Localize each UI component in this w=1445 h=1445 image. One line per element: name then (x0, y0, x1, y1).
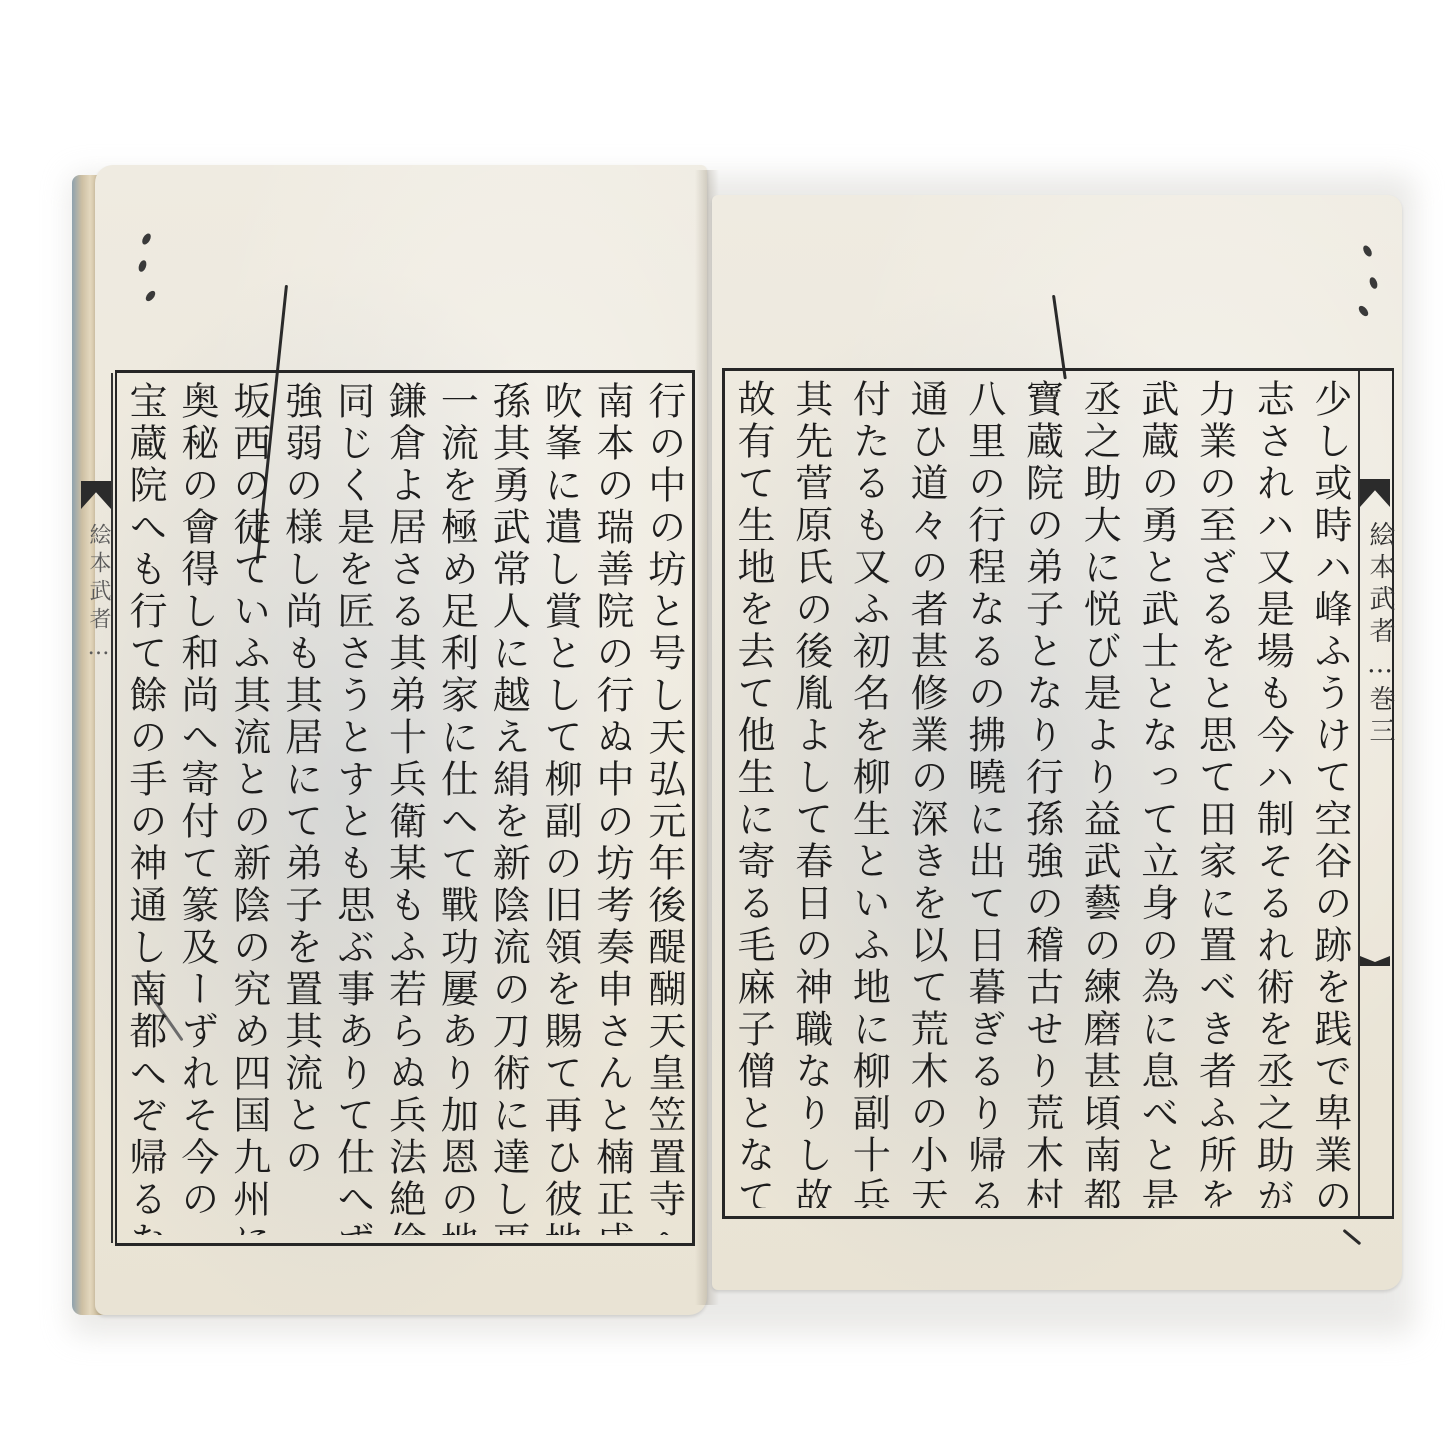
paper-crack (1343, 1229, 1362, 1245)
text-column: 力業の至ざるをと思て田家に置べき者ふ所をぶ今日より好ましの (1193, 379, 1237, 1208)
right-margin-title-strip: 絵本武者…巻三 (1358, 371, 1392, 1216)
right-text-columns: 少し或時ハ峰ふうけて空谷の跡を践で卑業の修練の学ぶる 志されハ又是場も今ハ制そる… (731, 379, 1352, 1208)
fish-tail-mark-icon (81, 481, 111, 509)
text-column: 孫其勇武常人に越え絹を新陰流の刀術に達し更に柳副の (486, 381, 530, 1235)
left-margin-title-strip: 絵本武者… (81, 373, 113, 1243)
text-column: 奥秘の會得し和尚へ寄付て篆及ーずれそ今の (175, 381, 219, 1235)
text-column: 少し或時ハ峰ふうけて空谷の跡を践で卑業の修練の学ぶる (1308, 379, 1352, 1208)
text-column: 行の中の坊と号し天弘元年後醍醐天皇笠置寺へ潜幸ほく (642, 381, 686, 1235)
wormhole-mark (1368, 276, 1379, 290)
text-column: 寶蔵院の弟子となり行孫強の稽古せり荒木村にまで良まで八 (1019, 379, 1063, 1208)
wormhole-mark (1357, 304, 1370, 318)
text-column: 志されハ又是場も今ハ制そるれ術を丞之助が呼ひ出家業を嫌ひ (1250, 379, 1294, 1208)
text-column: 丞之助大に悦び是より益武藝の練磨甚頃南都よるれる処 (1077, 379, 1121, 1208)
text-column: 宝蔵院へも行て餘の手の神通し南都へぞ帰るなれ (123, 381, 167, 1235)
text-column: 通ひ道々の者甚修業の深きを以て荒木の小天狗と渾名の (904, 379, 948, 1208)
text-column: 武蔵の勇と武士となって立身の為に息べと是を道これべ (1135, 379, 1179, 1208)
text-column: 一流を極め足利家に仕へて戰功屢あり加恩の地を賜る (434, 381, 478, 1235)
text-column: 南本の瑞善院の行ぬ中の坊考奏申さんと楠正成を (590, 381, 634, 1235)
right-margin-title: 絵本武者…巻三 (1362, 521, 1399, 749)
left-text-frame: 絵本武者… 行の中の坊と号し天弘元年後醍醐天皇笠置寺へ潜幸ほく 南本の瑞善院の行… (115, 370, 695, 1246)
left-text-columns: 行の中の坊と号し天弘元年後醍醐天皇笠置寺へ潜幸ほく 南本の瑞善院の行ぬ中の坊考奏… (123, 381, 686, 1235)
text-column: 吹峯に遣し賞として柳副の旧領を賜て再ひ彼地に住りしが其 (538, 381, 582, 1235)
wormhole-mark (1361, 244, 1373, 258)
wormhole-mark (137, 259, 148, 273)
wormhole-mark (144, 289, 157, 303)
text-column: 八里の行程なるの拂曉に出て日暮ぎるり帰る風雪乃いとひさく (962, 379, 1006, 1208)
fish-tail-mark-icon (1360, 956, 1390, 966)
text-column: 坂西の徒ていふ其流との新陰の究め四国九州に弟子あり (227, 381, 271, 1235)
text-column: 鎌倉よ居さる其弟十兵衛某もふ若らぬ兵法絶倫なりしが (382, 381, 426, 1235)
fish-tail-mark-icon (1360, 479, 1390, 507)
text-column: 其先菅原氏の後胤よして春日の神職なりし故小條氏の時に至り (789, 379, 833, 1208)
text-column: 故有て生地を去て他生に寄る毛麻子僧となて山州を巡ぢ (731, 379, 775, 1208)
text-column: 付たるも又ふ初名を柳生といふ地に柳副十兵衛とふる人あり (846, 379, 890, 1208)
paper-crack (1052, 295, 1067, 380)
left-margin-title: 絵本武者… (83, 523, 114, 666)
right-page: 少し或時ハ峰ふうけて空谷の跡を践で卑業の修練の学ぶる 志されハ又是場も今ハ制そる… (712, 195, 1402, 1290)
wormhole-mark (140, 232, 152, 246)
right-text-frame: 少し或時ハ峰ふうけて空谷の跡を践で卑業の修練の学ぶる 志されハ又是場も今ハ制そる… (722, 368, 1394, 1219)
text-column: 強弱の様し尚も其居にて弟子を置其流との (279, 381, 323, 1235)
text-column: 同じく是を匠さうとすとも思ぶ事ありて仕へず法師と遊説て人毎の (331, 381, 375, 1235)
left-page: 絵本武者… 行の中の坊と号し天弘元年後醍醐天皇笠置寺へ潜幸ほく 南本の瑞善院の行… (95, 165, 707, 1315)
